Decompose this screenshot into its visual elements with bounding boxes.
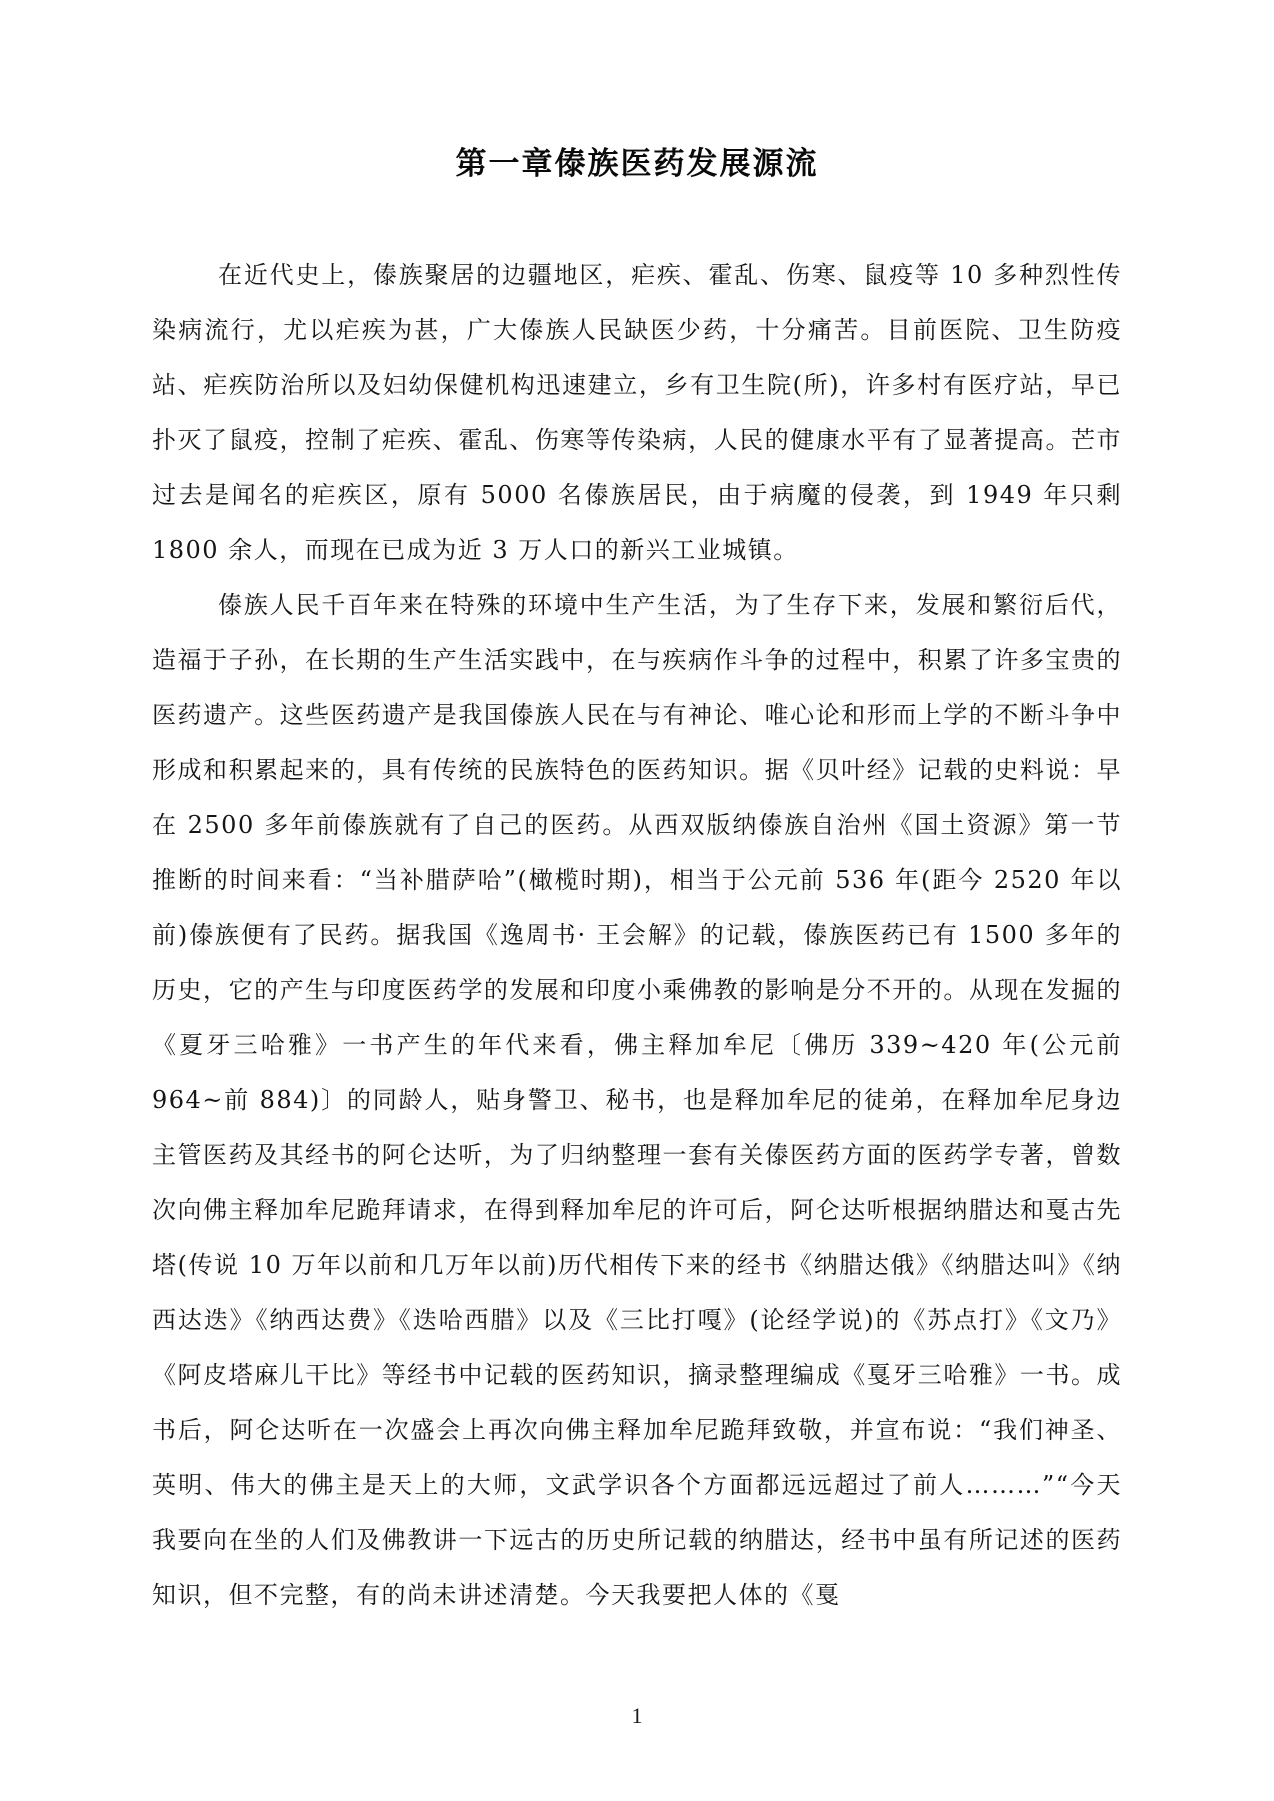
document-page: 第一章傣族医药发展源流 在近代史上，傣族聚居的边疆地区，疟疾、霍乱、伤寒、鼠疫等… <box>0 0 1274 1801</box>
paragraph-2: 傣族人民千百年来在特殊的环境中生产生活，为了生存下来，发展和繁衍后代，造福于子孙… <box>152 578 1122 1623</box>
paragraph-1: 在近代史上，傣族聚居的边疆地区，疟疾、霍乱、伤寒、鼠疫等 10 多种烈性传染病流… <box>152 248 1122 578</box>
body-text: 在近代史上，傣族聚居的边疆地区，疟疾、霍乱、伤寒、鼠疫等 10 多种烈性传染病流… <box>152 248 1122 1623</box>
chapter-title: 第一章傣族医药发展源流 <box>152 142 1122 186</box>
page-number: 1 <box>0 1703 1274 1729</box>
page-content: 第一章傣族医药发展源流 在近代史上，傣族聚居的边疆地区，疟疾、霍乱、伤寒、鼠疫等… <box>0 142 1274 1623</box>
